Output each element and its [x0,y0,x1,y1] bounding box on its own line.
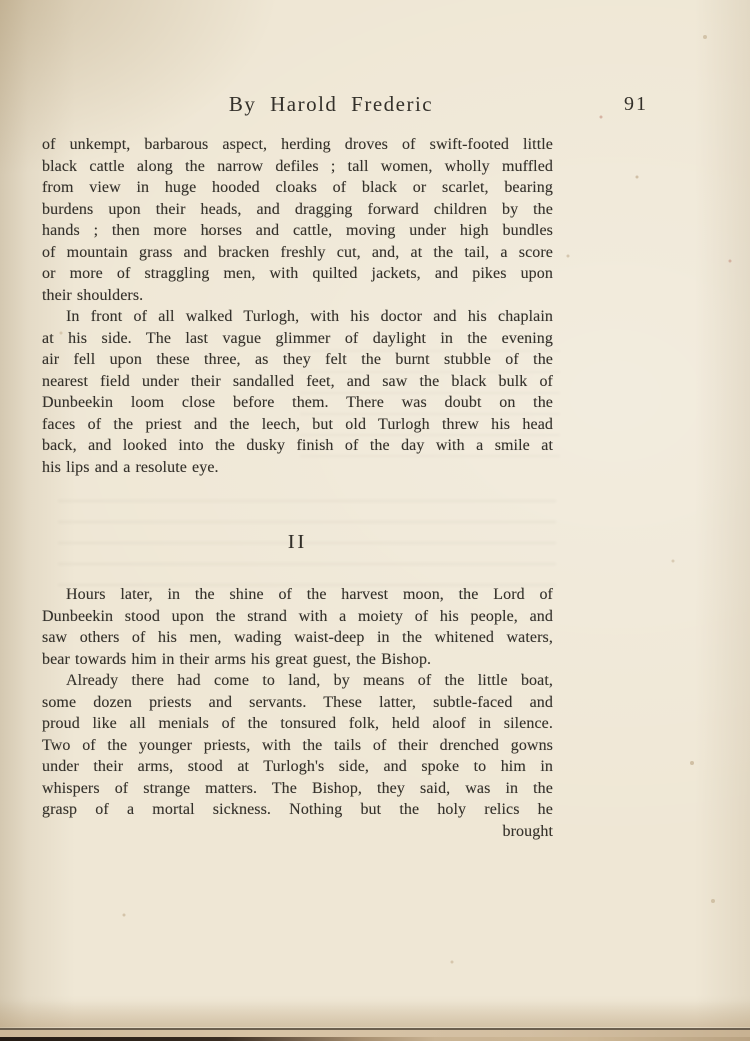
paragraph: Hours later, in the shine of the harvest… [42,584,553,670]
text-line: under their arms, stood at Turlogh's sid… [42,756,553,778]
text-line: Dunbeekin stood upon the strand with a m… [42,606,553,628]
text-line: grasp of a mortal sickness. Nothing but … [42,799,553,821]
text-line: black cattle along the narrow defiles ; … [42,156,553,178]
running-head: By Harold Frederic 91 [0,92,750,120]
paper-specks [0,0,2,2]
text-line: saw others of his men, wading waist-deep… [42,627,553,649]
text-line: bear towards him in their arms his great… [42,649,553,671]
text-line: Dunbeekin loom close before them. There … [42,392,553,414]
text-line: their shoulders. [42,285,553,307]
text-line: of mountain grass and bracken freshly cu… [42,242,553,264]
text-line: Two of the younger priests, with the tai… [42,735,553,757]
text-line: or more of straggling men, with quilted … [42,263,553,285]
page-number: 91 [624,93,648,116]
text-line: In front of all walked Turlogh, with his… [42,306,553,328]
text-line: proud like all menials of the tonsured f… [42,713,553,735]
text-line: back, and looked into the dusky finish o… [42,435,553,457]
text-line: burdens upon their heads, and dragging f… [42,199,553,221]
text-line: Hours later, in the shine of the harvest… [42,584,553,606]
section-heading: II [42,530,553,554]
page-bottom-shade [0,1001,750,1027]
text-line: hands ; then more horses and cattle, mov… [42,220,553,242]
paragraph: In front of all walked Turlogh, with his… [42,306,553,478]
page-edge-dark-strip [0,1037,750,1041]
paragraph: of unkempt, barbarous aspect, herding dr… [42,134,553,306]
text-line: from view in huge hooded cloaks of black… [42,177,553,199]
paragraph: Already there had come to land, by means… [42,670,553,842]
text-line: nearest field under their sandalled feet… [42,371,553,393]
text-line: whispers of strange matters. The Bishop,… [42,778,553,800]
text-block: of unkempt, barbarous aspect, herding dr… [42,134,553,842]
text-line: at his side. The last vague glimmer of d… [42,328,553,350]
text-line: his lips and a resolute eye. [42,457,553,479]
catchword: brought [42,821,553,843]
text-line: of unkempt, barbarous aspect, herding dr… [42,134,553,156]
text-line: faces of the priest and the leech, but o… [42,414,553,436]
text-line: Already there had come to land, by means… [42,670,553,692]
text-line: air fell upon these three, as they felt … [42,349,553,371]
page-header-title: By Harold Frederic [30,92,632,117]
text-line: some dozen priests and servants. These l… [42,692,553,714]
